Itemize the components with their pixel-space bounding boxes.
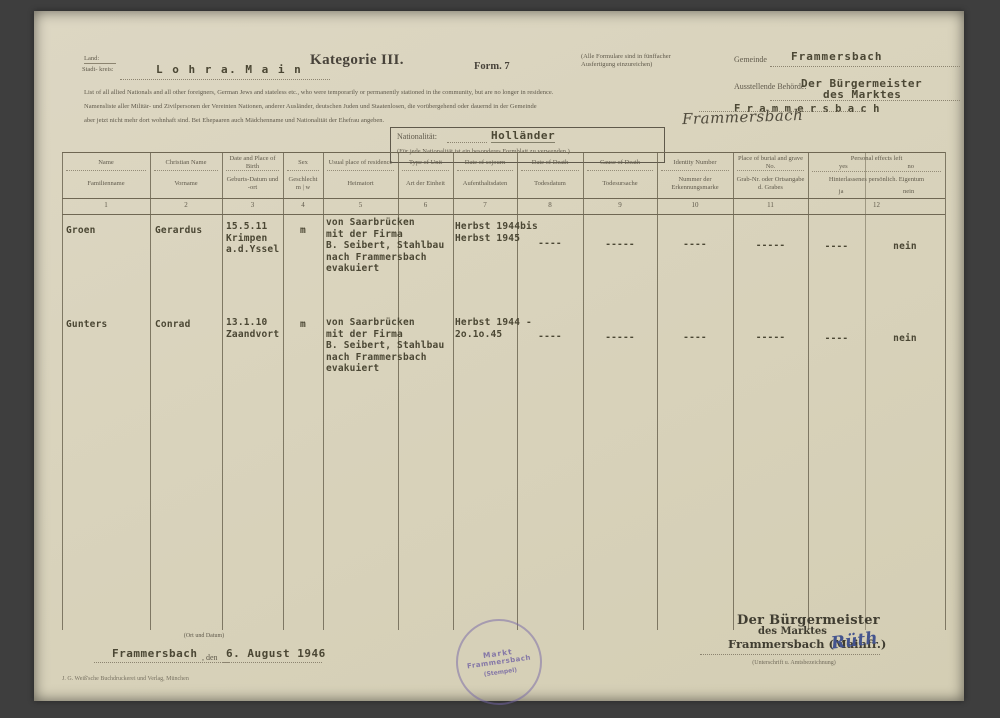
column-number: 7 [454,201,516,209]
row2-identity-number: ---- [657,332,733,344]
land-label: Land: [84,55,99,63]
table-column-line [323,152,324,630]
behoerde-dotted-line [770,100,960,101]
row2-birth: 13.1.10 Zaandvort [226,317,279,340]
date-value: 6. August 1946 [226,647,326,660]
table-column-line [150,152,151,630]
row2-name: Gunters [66,319,107,331]
table-column-line [283,152,284,630]
row1-burial: ----- [733,240,808,252]
row2-burial: ----- [733,332,808,344]
intro-german-2: aber jetzt nicht mehr dort wohnhaft sind… [84,117,384,125]
table-top-line [62,152,945,153]
intro-english: List of all allied Nationals and all oth… [84,89,553,97]
signature-dotted-line [700,654,880,655]
table-column-line [222,152,223,630]
table-column-line [583,152,584,630]
row1-christian-name: Gerardus [155,225,202,237]
row2-death-cause: ----- [583,332,657,344]
row1-death-cause: ----- [583,239,657,251]
table-column-line [808,152,809,630]
gemeinde-value: Frammersbach [791,50,882,63]
seal-line3: (Stempel) [483,666,517,678]
form-number: Form. 7 [474,61,510,72]
row1-effects-ja: ---- [808,241,865,253]
column-number: 10 [658,201,732,209]
table-column-line [733,152,734,630]
label-divider [84,63,116,64]
column-header-birth: Date and Place of Birth Geburts-Datum un… [223,154,282,196]
column-number: 5 [324,201,397,209]
ort-dotted-line [94,662,229,663]
row1-identity-number: ---- [657,239,733,251]
gemeinde-dotted-line [770,66,960,67]
column-number: 6 [399,201,452,209]
column-number: 11 [734,201,807,209]
ort-datum-label: (Ort und Datum) [164,633,244,639]
table-number-row-line [62,198,945,199]
effects-nein-label: nein [903,188,914,196]
row2-sex: m [283,319,323,331]
column-header-sojourn: Date of sojourn Aufenthaltsdaten [454,154,516,196]
row2-effects-ja: ---- [808,333,865,345]
page-title: Kategorie III. [310,52,404,69]
row2-residence: von Saarbrücken mit der Firma B. Seibert… [326,317,444,375]
column-number: 9 [584,201,656,209]
row1-death-date: ---- [517,238,583,250]
kreis-label: Stadt- kreis: [82,66,114,74]
nationality-value: Holländer [491,129,555,143]
row2-death-date: ---- [517,331,583,343]
date-dotted-line [222,662,322,663]
column-header-sex: Sex Geschlecht m | w [284,154,322,196]
scanned-document-photo: { "header": { "land_label": "Land:", "kr… [0,0,1000,718]
column-number: 12 [809,201,944,209]
printer-imprint: J. G. Weiß'sche Buchdruckerei und Verlag… [62,676,189,682]
effects-ja-label: ja [839,188,844,196]
row2-christian-name: Conrad [155,319,191,331]
column-header-effects: Personal effects left yes no Hinterlasse… [809,154,944,196]
column-header-unit: Type of Unit Art der Einheit [399,154,452,196]
row2-effects-nein: nein [865,333,945,345]
gemeinde-label: Gemeinde [734,55,767,64]
table-column-line [453,152,454,630]
column-number: 4 [284,201,322,209]
row1-residence: von Saarbrücken mit der Firma B. Seibert… [326,217,444,275]
column-number: 3 [223,201,282,209]
den-label: , den [202,653,218,662]
signer-line2: des Marktes [758,626,827,637]
row1-name: Groen [66,225,96,237]
land-value: L o h r a. M a i n [156,63,302,76]
column-number: 8 [518,201,582,209]
table-header-bottom-line [62,214,945,215]
behoerde-label: Ausstellende Behörde: [734,82,807,91]
copies-note: (Alle Formulare sind in fünffacher Ausfe… [581,53,671,68]
signature-note: (Unterschrift u. Amtsbezeichnung) [724,660,864,666]
column-header-death-date: Date of Death Todesdatum [518,154,582,196]
table-column-line [945,152,946,630]
row1-effects-nein: nein [865,241,945,253]
column-header-identity: Identity Number Nummer der Erkennungsmar… [658,154,732,196]
column-header-christian-name: Christian Name Vorname [151,154,221,196]
row1-birth: 15.5.11 Krimpen a.d.Yssel [226,221,279,256]
intro-german-1: Namensliste aller Militär- und Zivilpers… [84,103,537,111]
document-paper: Land: Stadt- kreis: L o h r a. M a i n K… [34,11,964,701]
column-header-residence: Usual place of residence Heimatort [324,154,397,196]
table-column-line [62,152,63,630]
ort-value: Frammersbach [112,647,197,660]
column-number: 2 [151,201,221,209]
column-header-burial: Place of burial and grave No. Grab-Nr. o… [734,154,807,196]
column-number: 1 [63,201,149,209]
table-column-line [657,152,658,630]
sex-sub-label: m | w [296,184,310,192]
column-header-death-cause: Cause of Death Todesursache [584,154,656,196]
nationality-label: Nationalität: [397,132,437,141]
land-dotted-line [120,79,330,80]
column-header-name: Name Familienname [63,154,149,196]
effects-no-label: no [908,163,915,171]
row1-sex: m [283,225,323,237]
effects-yes-label: yes [839,163,848,171]
handwritten-place: Frammersbach [682,106,804,128]
official-seal-stamp: Markt Frammersbach (Stempel) [450,613,547,710]
table-subcolumn-line [865,152,866,630]
nationality-dotted-line [447,142,487,143]
